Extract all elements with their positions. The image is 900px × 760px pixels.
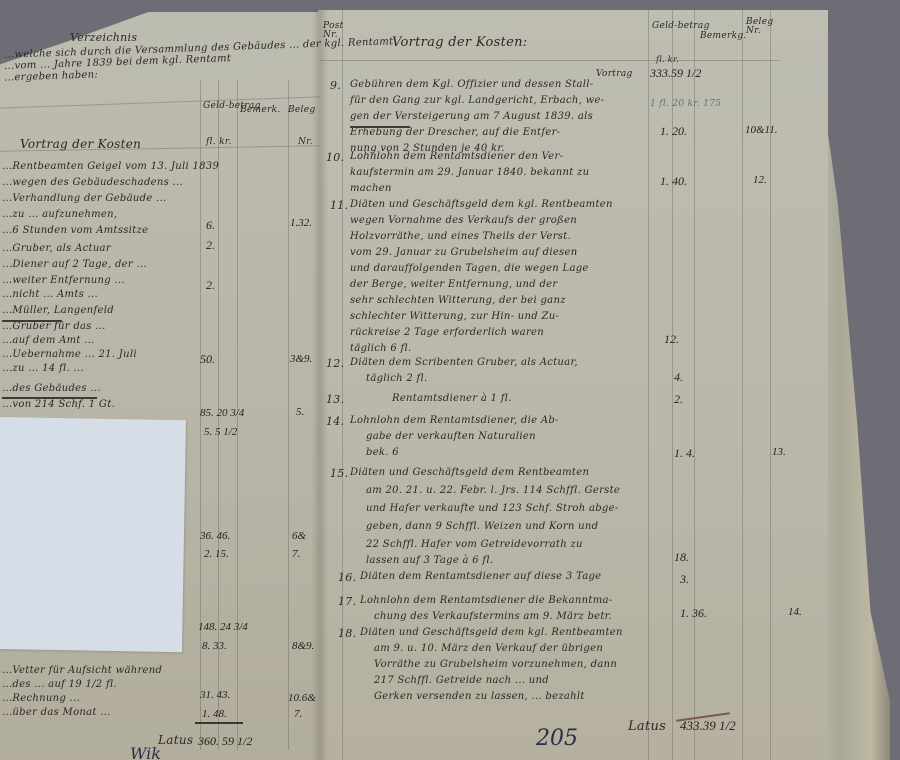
amount-cell: 2. bbox=[206, 238, 215, 253]
entry-number: 12. bbox=[326, 358, 344, 369]
left-header-top: Verzeichnis bbox=[70, 32, 137, 43]
entry-receipt: 10&11. bbox=[745, 124, 778, 136]
entry-line: Gerken versenden zu lassen, ... bezahlt bbox=[374, 692, 585, 702]
left-total-value: 360. 59 1/2 bbox=[198, 734, 252, 749]
left-total-label: Latus bbox=[158, 734, 193, 746]
left-entry-line: ...über das Monat ... bbox=[2, 708, 111, 718]
entry-line: sehr schlechten Witterung, der bei ganz bbox=[350, 296, 566, 306]
left-entry-line: ...weiter Entfernung ... bbox=[2, 276, 125, 286]
amount-cell: 2. 15. bbox=[204, 548, 229, 560]
entry-line: Erhebung der Drescher, auf die Entfer- bbox=[350, 128, 560, 138]
left-entry-line: ...nicht ... Amts ... bbox=[2, 290, 98, 300]
left-entry-line: ...zu ... aufzunehmen, bbox=[2, 210, 117, 220]
amount-cell: 1. 48. bbox=[202, 708, 227, 720]
left-entry-line: ...Diener auf 2 Tage, der ... bbox=[2, 260, 147, 270]
column-header-post-no: Post Nr. bbox=[323, 22, 341, 40]
left-entry-line: ...Vetter für Aufsicht während bbox=[2, 666, 162, 676]
entry-line: Diäten und Geschäftsgeld dem kgl. Rentbe… bbox=[360, 628, 623, 638]
amount-cell: 36. 46. bbox=[200, 530, 230, 542]
entry-line: schlechter Witterung, zur Hin- und Zu- bbox=[350, 312, 559, 322]
amount-cell: 148. 24 3/4 bbox=[198, 621, 248, 633]
entry-number: 17. bbox=[338, 596, 356, 607]
entry-line: gabe der verkauften Naturalien bbox=[366, 432, 536, 442]
entry-amount: 1. 36. bbox=[680, 606, 707, 621]
entry-number: 13. bbox=[326, 394, 344, 405]
receipt-no-mark: Nr. bbox=[298, 138, 313, 147]
entry-amount: 1. 40. bbox=[660, 174, 687, 189]
left-entry-line: ...Verhandlung der Gebäude ... bbox=[2, 194, 166, 204]
entry-line: der Berge, weiter Entfernung, und der bbox=[350, 280, 557, 290]
column-rule bbox=[288, 80, 289, 750]
entry-line: wegen Vornahme des Verkaufs der großen bbox=[350, 216, 577, 226]
left-entry-line: ...Müller, Langenfeld bbox=[2, 306, 114, 316]
column-rule bbox=[342, 10, 343, 760]
entry-line: Lohnlohn dem Rentamtsdiener den Ver- bbox=[350, 152, 563, 162]
left-entry-line: ...zu ... 14 fl. ... bbox=[2, 364, 84, 374]
column-header-remark: Bemerk. bbox=[240, 106, 281, 115]
receipt-cell: 3&9. bbox=[290, 353, 312, 365]
column-rule bbox=[648, 10, 649, 760]
entry-line: am 20. 21. u. 22. Febr. l. Jrs. 114 Schf… bbox=[366, 486, 620, 496]
sum-rule bbox=[195, 722, 243, 724]
entry-amount: 3. bbox=[680, 572, 689, 587]
entry-line: Rentamtsdiener à 1 fl. bbox=[392, 394, 512, 404]
entry-number: 11. bbox=[330, 200, 348, 211]
left-entry-line: ...wegen des Gebäudeschadens ... bbox=[2, 178, 183, 188]
entry-line: 217 Schffl. Getreide nach ... und bbox=[374, 676, 549, 686]
column-header-amount: Geld-betrag bbox=[652, 22, 710, 31]
entry-line: und darauffolgenden Tagen, die wegen Lag… bbox=[350, 264, 589, 274]
entry-line: täglich 6 fl. bbox=[350, 344, 412, 354]
carryover-value: 333.59 1/2 bbox=[650, 66, 701, 81]
entry-line: machen bbox=[350, 184, 392, 194]
right-total-value: 433.39 1/2 bbox=[680, 718, 736, 734]
entry-amount: 4. bbox=[674, 370, 683, 385]
entry-line: Lohnlohn dem Rentamtsdiener, die Ab- bbox=[350, 416, 559, 426]
left-entry-line: ...Gruber für das ... bbox=[2, 322, 106, 332]
entry-line: für den Gang zur kgl. Landgericht, Erbac… bbox=[350, 96, 604, 106]
entry-amount: 12. bbox=[664, 332, 679, 347]
entry-receipt: 13. bbox=[772, 446, 786, 458]
pencil-page-number: 205 bbox=[536, 726, 578, 751]
entry-amount: 1. 20. bbox=[660, 124, 687, 139]
entry-line: und Hafer verkaufte und 123 Schf. Stroh … bbox=[366, 504, 619, 514]
entry-amount: 18. bbox=[674, 550, 689, 565]
entry-amount: 1. 4. bbox=[674, 446, 695, 461]
left-section-title: Vortrag der Kosten bbox=[20, 138, 141, 150]
column-header-receipt: Beleg bbox=[288, 106, 315, 115]
carryover-label: Vortrag bbox=[596, 70, 633, 79]
column-header-remark: Bemerkg. bbox=[700, 32, 747, 41]
entry-line: Diäten und Geschäftsgeld dem Rentbeamten bbox=[350, 468, 589, 478]
left-entry-line: ...Rechnung ... bbox=[2, 694, 80, 704]
left-entry-line: ...Gruber, als Actuar bbox=[2, 244, 111, 254]
entry-line: Vorräthe zu Grubelsheim vorzunehmen, dan… bbox=[374, 660, 617, 670]
entry-receipt: 14. bbox=[788, 606, 802, 618]
right-page-title: Vortrag der Kosten: bbox=[392, 36, 527, 49]
left-entry-line: ...des ... auf 19 1/2 fl. bbox=[2, 680, 117, 690]
entry-number: 9. bbox=[330, 80, 341, 91]
pencil-note: 1 fl. 20 kr. 175 bbox=[650, 100, 721, 109]
ink-underline bbox=[2, 320, 62, 322]
amount-cell: 50. bbox=[200, 352, 215, 367]
amount-cell: 5. 5 1/2 bbox=[204, 426, 237, 438]
entry-line: rückreise 2 Tage erforderlich waren bbox=[350, 328, 544, 338]
receipt-cell: 5. bbox=[296, 406, 304, 418]
right-total-label: Latus bbox=[628, 720, 666, 733]
entry-line: Gebühren dem Kgl. Offizier und dessen St… bbox=[350, 80, 593, 90]
left-entry-line: ...Uebernahme ... 21. Juli bbox=[2, 350, 137, 360]
entry-amount: 2. bbox=[674, 392, 683, 407]
entry-line: bek. 6 bbox=[366, 448, 399, 458]
amount-currency-mark: fl. kr. bbox=[206, 138, 232, 147]
book-gutter bbox=[312, 10, 328, 760]
column-rule bbox=[694, 10, 695, 760]
receipt-cell: 1.32. bbox=[290, 217, 312, 229]
entry-line: gen der Versteigerung am 7 August 1839. … bbox=[350, 112, 593, 122]
column-rule bbox=[742, 10, 743, 760]
left-entry-line: ...von 214 Schf. 1 Gt. bbox=[2, 400, 115, 410]
receipt-cell: 10.6& bbox=[288, 692, 316, 704]
entry-line: Diäten und Geschäftsgeld dem kgl. Rentbe… bbox=[350, 200, 613, 210]
entry-line: täglich 2 fl. bbox=[366, 374, 428, 384]
entry-line: Diäten dem Scribenten Gruber, als Actuar… bbox=[350, 358, 578, 368]
receipt-cell: 7. bbox=[294, 708, 302, 720]
entry-line: Diäten dem Rentamtsdiener auf diese 3 Ta… bbox=[360, 572, 601, 582]
column-rule bbox=[770, 10, 771, 760]
ink-underline bbox=[350, 126, 410, 128]
entry-number: 16. bbox=[338, 572, 356, 583]
entry-number: 14. bbox=[326, 416, 344, 427]
amount-cell: 31. 43. bbox=[200, 689, 230, 701]
entry-line: kaufstermin am 29. Januar 1840. bekannt … bbox=[350, 168, 589, 178]
amount-cell: 85. 20 3/4 bbox=[200, 407, 244, 419]
entry-number: 10. bbox=[326, 152, 344, 163]
entry-number: 15. bbox=[330, 468, 348, 479]
amount-cell: 8. 33. bbox=[202, 640, 227, 652]
sticky-note bbox=[0, 417, 186, 652]
receipt-cell: 6& bbox=[292, 530, 306, 542]
entry-line: Holzvorräthe, und eines Theils der Verst… bbox=[350, 232, 571, 242]
column-header-receipt: Beleg Nr. bbox=[746, 18, 768, 36]
entry-line: 22 Schffl. Hafer vom Getreidevorrath zu bbox=[366, 540, 583, 550]
entry-line: vom 29. Januar zu Grubelsheim auf diesen bbox=[350, 248, 577, 258]
entry-line: geben, dann 9 Schffl. Weizen und Korn un… bbox=[366, 522, 598, 532]
entry-line: am 9. u. 10. März den Verkauf der übrige… bbox=[374, 644, 603, 654]
left-entry-line: ...des Gebäudes ... bbox=[2, 384, 101, 394]
left-entry-line: ...Rentbeamten Geigel vom 13. Juli 1839 bbox=[2, 162, 219, 172]
pencil-mark: Wik bbox=[130, 744, 161, 760]
entry-line: lassen auf 3 Tage à 6 fl. bbox=[366, 556, 493, 566]
entry-line: Lohnlohn dem Rentamtsdiener die Bekanntm… bbox=[360, 596, 612, 606]
receipt-cell: 8&9. bbox=[292, 640, 314, 652]
column-rule bbox=[672, 10, 673, 760]
entry-number: 18. bbox=[338, 628, 356, 639]
left-entry-line: ...6 Stunden vom Amtssitze bbox=[2, 226, 148, 236]
currency-mark: fl. kr. bbox=[656, 56, 679, 64]
amount-cell: 2. bbox=[206, 278, 215, 293]
ink-underline bbox=[2, 397, 97, 399]
entry-receipt: 12. bbox=[753, 174, 767, 186]
entry-line: chung des Verkaufstermins am 9. März bet… bbox=[374, 612, 612, 622]
row-rule bbox=[320, 60, 780, 61]
left-entry-line: ...auf dem Amt ... bbox=[2, 336, 95, 346]
amount-cell: 6. bbox=[206, 218, 215, 233]
receipt-cell: 7. bbox=[292, 548, 300, 560]
